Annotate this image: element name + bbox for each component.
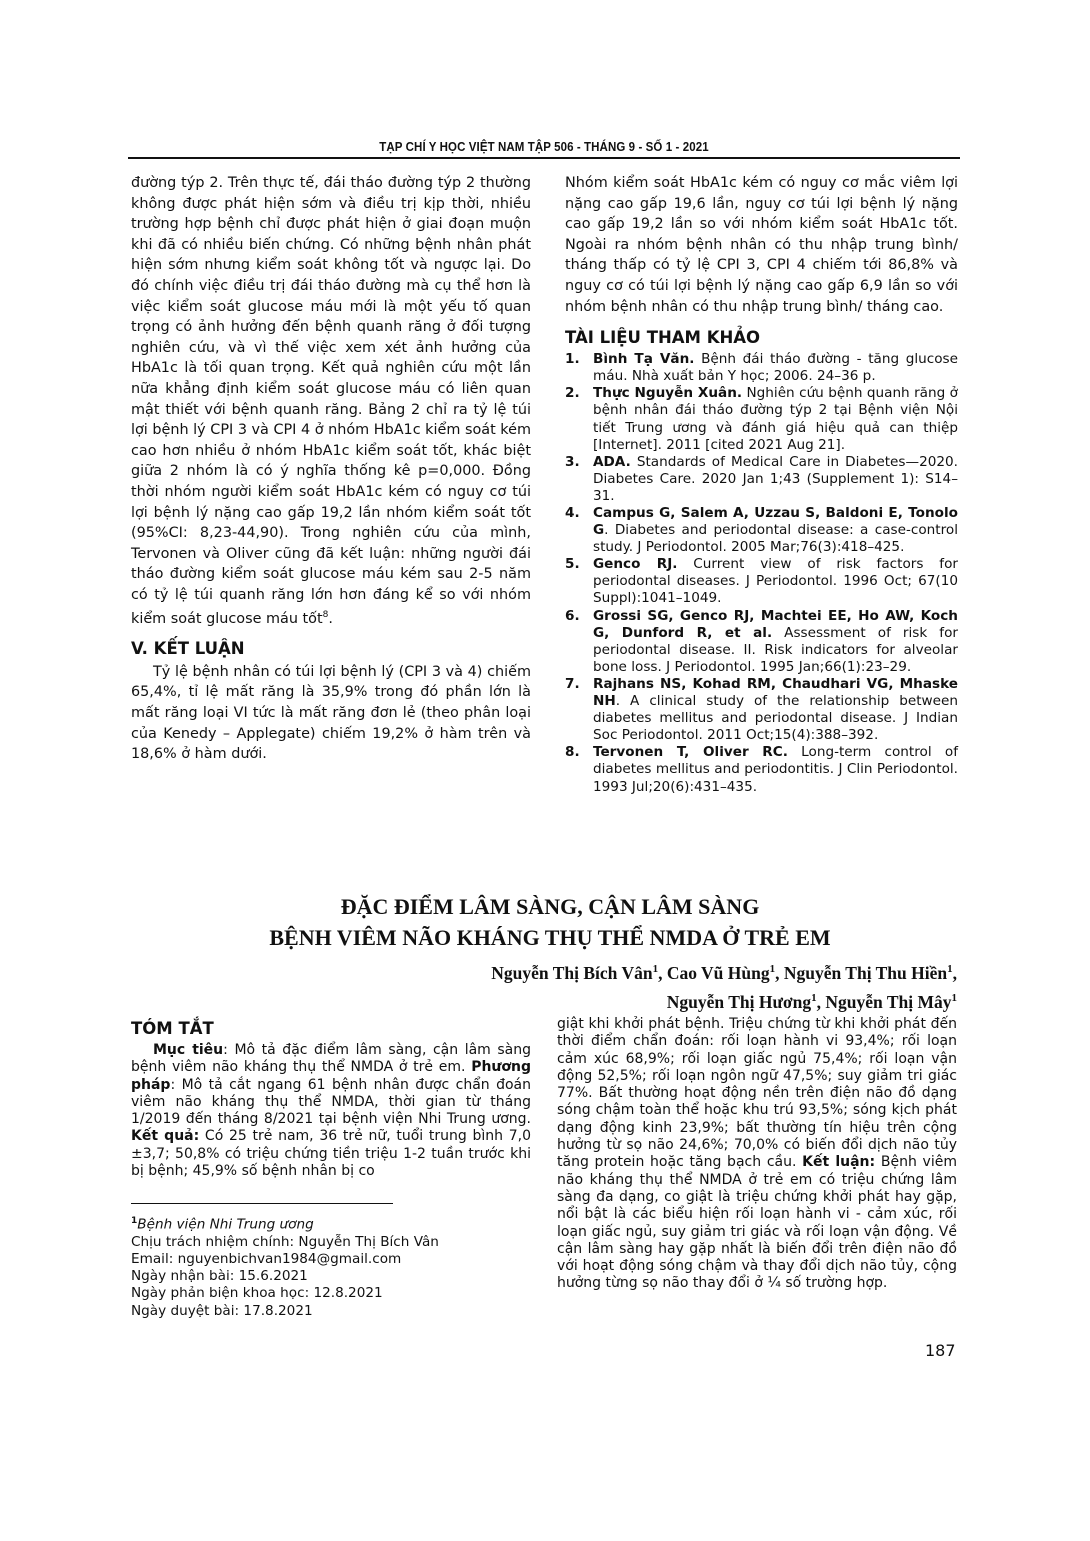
reference-item: 3.ADA. Standards of Medical Care in Diab… xyxy=(565,454,958,505)
author-name: Nguyễn Thị Thu Hiền xyxy=(784,963,947,983)
reference-item: 5.Genco RJ. Current view of risk factors… xyxy=(565,556,958,607)
prev-article-left-column: đường týp 2. Trên thực tế, đái tháo đườn… xyxy=(131,173,531,765)
results-label: Kết quả: xyxy=(131,1128,199,1144)
abstract-heading: TÓM TẮT xyxy=(131,1018,531,1040)
author-list: Nguyễn Thị Bích Vân1, Cao Vũ Hùng1, Nguy… xyxy=(300,957,957,1015)
reference-item: 8.Tervonen T, Oliver RC. Long-term contr… xyxy=(565,744,958,795)
running-head: TẠP CHÍ Y HỌC VIỆT NAM TẬP 506 - THÁNG 9… xyxy=(163,140,925,154)
author-line-2: Nguyễn Thị Hương1, Nguyễn Thị Mây1 xyxy=(300,986,957,1015)
corresponding-author: Chịu trách nhiệm chính: Nguyễn Thị Bích … xyxy=(131,1234,531,1251)
header-rule xyxy=(128,157,960,159)
abstract-continuation: giật khi khởi phát bệnh. Triệu chứng từ … xyxy=(557,1016,957,1293)
affiliation-footnote: 1Bệnh viện Nhi Trung ương xyxy=(131,1213,531,1234)
conclusion-paragraph-2: Nhóm kiểm soát HbA1c kém có nguy cơ mắc … xyxy=(565,173,958,317)
article-title-line-1: ĐẶC ĐIỂM LÂM SÀNG, CẬN LÂM SÀNG xyxy=(140,891,960,922)
conclusion-heading: V. KẾT LUẬN xyxy=(131,638,531,660)
reference-item: 6.Grossi SG, Genco RJ, Machtei EE, Ho AW… xyxy=(565,608,958,676)
footnotes: 1Bệnh viện Nhi Trung ương Chịu trách nhi… xyxy=(131,1213,531,1320)
article-title: ĐẶC ĐIỂM LÂM SÀNG, CẬN LÂM SÀNG BỆNH VIÊ… xyxy=(140,891,960,953)
discussion-paragraph: đường týp 2. Trên thực tế, đái tháo đườn… xyxy=(131,173,531,630)
author-name: Nguyễn Thị Bích Vân xyxy=(491,963,652,983)
footnote-rule xyxy=(131,1203,393,1204)
received-date: Ngày nhận bài: 15.6.2021 xyxy=(131,1268,531,1285)
page-number: 187 xyxy=(925,1341,956,1360)
abstract-paragraph: Mục tiêu: Mô tả đặc điểm lâm sàng, cận l… xyxy=(131,1042,531,1180)
author-name: Cao Vũ Hùng xyxy=(667,963,770,983)
reference-item: 4.Campus G, Salem A, Uzzau S, Baldoni E,… xyxy=(565,505,958,556)
journal-page: TẠP CHÍ Y HỌC VIỆT NAM TẬP 506 - THÁNG 9… xyxy=(0,0,1090,1541)
reference-item: 2.Thực Nguyễn Xuân. Nghiên cứu bệnh quan… xyxy=(565,385,958,453)
reviewed-date: Ngày phản biện khoa học: 12.8.2021 xyxy=(131,1285,531,1302)
prev-article-right-column: Nhóm kiểm soát HbA1c kém có nguy cơ mắc … xyxy=(565,173,958,796)
objective-label: Mục tiêu xyxy=(153,1042,223,1058)
references-heading: TÀI LIỆU THAM KHẢO xyxy=(565,327,958,349)
article-title-line-2: BỆNH VIÊM NÃO KHÁNG THỤ THỂ NMDA Ở TRẺ E… xyxy=(140,922,960,953)
email: Email: nguyenbichvan1984@gmail.com xyxy=(131,1251,531,1268)
references-list: 1.Bình Tạ Văn. Bệnh đái tháo đường - tăn… xyxy=(565,351,958,795)
accepted-date: Ngày duyệt bài: 17.8.2021 xyxy=(131,1303,531,1320)
reference-item: 7.Rajhans NS, Kohad RM, Chaudhari VG, Mh… xyxy=(565,676,958,744)
author-name: Nguyễn Thị Mây xyxy=(825,992,951,1012)
author-line-1: Nguyễn Thị Bích Vân1, Cao Vũ Hùng1, Nguy… xyxy=(300,957,957,986)
conclusion-label: Kết luận: xyxy=(802,1154,875,1170)
author-name: Nguyễn Thị Hương xyxy=(667,992,811,1012)
abstract-right-column: giật khi khởi phát bệnh. Triệu chứng từ … xyxy=(557,1016,957,1293)
conclusion-paragraph-1: Tỷ lệ bệnh nhân có túi lợi bệnh lý (CPI … xyxy=(131,662,531,765)
reference-item: 1.Bình Tạ Văn. Bệnh đái tháo đường - tăn… xyxy=(565,351,958,385)
abstract-left-column: TÓM TẮT Mục tiêu: Mô tả đặc điểm lâm sàn… xyxy=(131,1018,531,1180)
